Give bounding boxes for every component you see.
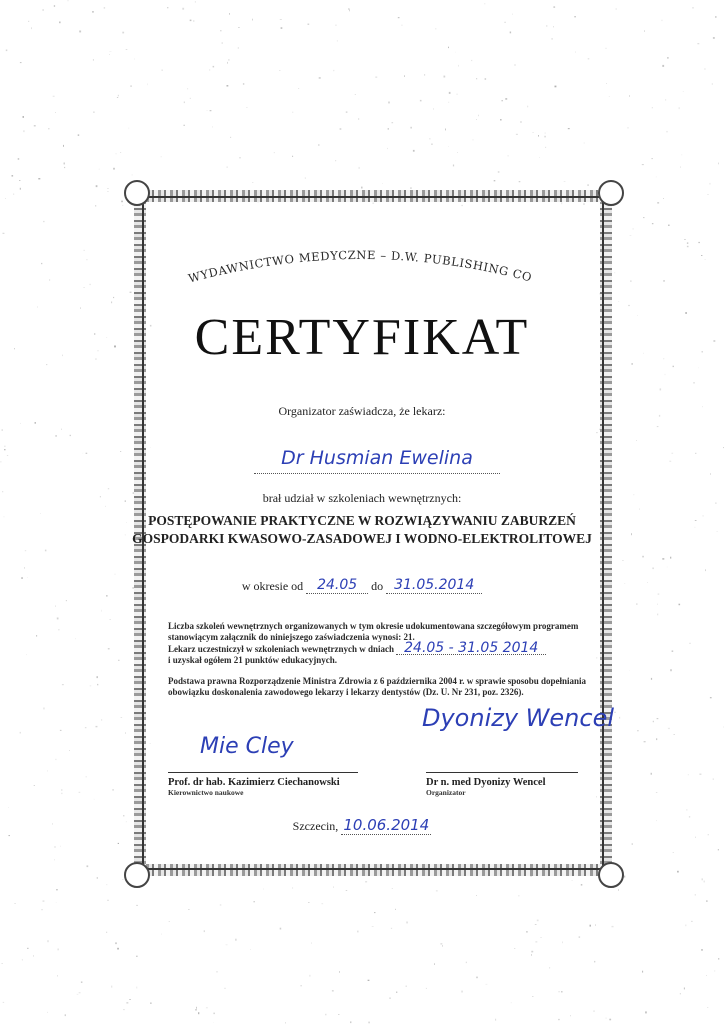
corner-ornament-top-left [124,180,150,206]
training-period: w okresie od 24.05 do 31.05.2014 [0,577,724,594]
course-title: POSTĘPOWANIE PRAKTYCZNE W ROZWIĄZYWANIU … [0,512,724,548]
info-dates-handwritten: 24.05 - 31.05 2014 [396,643,546,655]
organizer-statement: Organizator zaświadcza, że lekarz: [0,404,724,419]
participant-name-field: Dr Husmian Ewelina [254,447,500,474]
signatory-role: Kierownictwo naukowe [168,788,358,797]
period-from-handwritten: 24.05 [306,577,368,594]
signatory-name: Dr n. med Dyonizy Wencel [426,777,578,788]
info-line-1: Liczba szkoleń wewnętrznych organizowany… [168,621,588,632]
corner-ornament-top-right [598,180,624,206]
course-title-line-1: POSTĘPOWANIE PRAKTYCZNE W ROZWIĄZYWANIU … [0,512,724,530]
period-to-handwritten: 31.05.2014 [386,577,482,594]
certificate-title: CERTYFIKAT [0,308,724,367]
period-prefix: w okresie od [242,579,303,593]
info-line-3-prefix: Lekarz uczestniczył w szkoleniach wewnęt… [168,644,394,654]
place: Szczecin, [293,819,339,833]
signatory-organizer: Dr n. med Dyonizy Wencel Organizator [426,772,578,797]
training-info: Liczba szkoleń wewnętrznych organizowany… [168,621,588,666]
publisher-heading: WYDAWNICTWO MEDYCZNE – D.W. PUBLISHING C… [0,236,724,286]
course-title-line-2: GOSPODARKI KWASOWO-ZASADOWEJ I WODNO-ELE… [0,530,724,548]
corner-ornament-bottom-right [598,862,624,888]
publisher-text: WYDAWNICTWO MEDYCZNE – D.W. PUBLISHING C… [182,236,533,286]
legal-basis: Podstawa prawna Rozporządzenie Ministra … [168,676,588,698]
signature-line [426,772,578,773]
period-separator: do [371,579,383,593]
signature-scientific-director: Mie Cley [200,734,294,759]
signature-organizer: Dyonizy Wencel [422,704,614,732]
date-handwritten: 10.06.2014 [341,816,431,835]
signatory-name: Prof. dr hab. Kazimierz Ciechanowski [168,777,358,788]
legal-basis-line-2: obowiązku doskonalenia zawodowego lekarz… [168,687,588,698]
signatory-scientific-director: Prof. dr hab. Kazimierz Ciechanowski Kie… [168,772,358,797]
svg-text:WYDAWNICTWO MEDYCZNE – D.W. PU: WYDAWNICTWO MEDYCZNE – D.W. PUBLISHING C… [182,236,533,286]
signature-line [168,772,358,773]
participation-statement: brał udział w szkoleniach wewnętrznych: [0,491,724,506]
corner-ornament-bottom-left [124,862,150,888]
participant-name-handwritten: Dr Husmian Ewelina [281,447,473,469]
info-line-3: Lekarz uczestniczył w szkoleniach wewnęt… [168,643,588,655]
place-and-date: Szczecin, 10.06.2014 [0,816,724,835]
info-line-4: i uzyskał ogółem 21 punktów edukacyjnych… [168,655,588,666]
signatory-role: Organizator [426,788,578,797]
legal-basis-line-1: Podstawa prawna Rozporządzenie Ministra … [168,676,588,687]
